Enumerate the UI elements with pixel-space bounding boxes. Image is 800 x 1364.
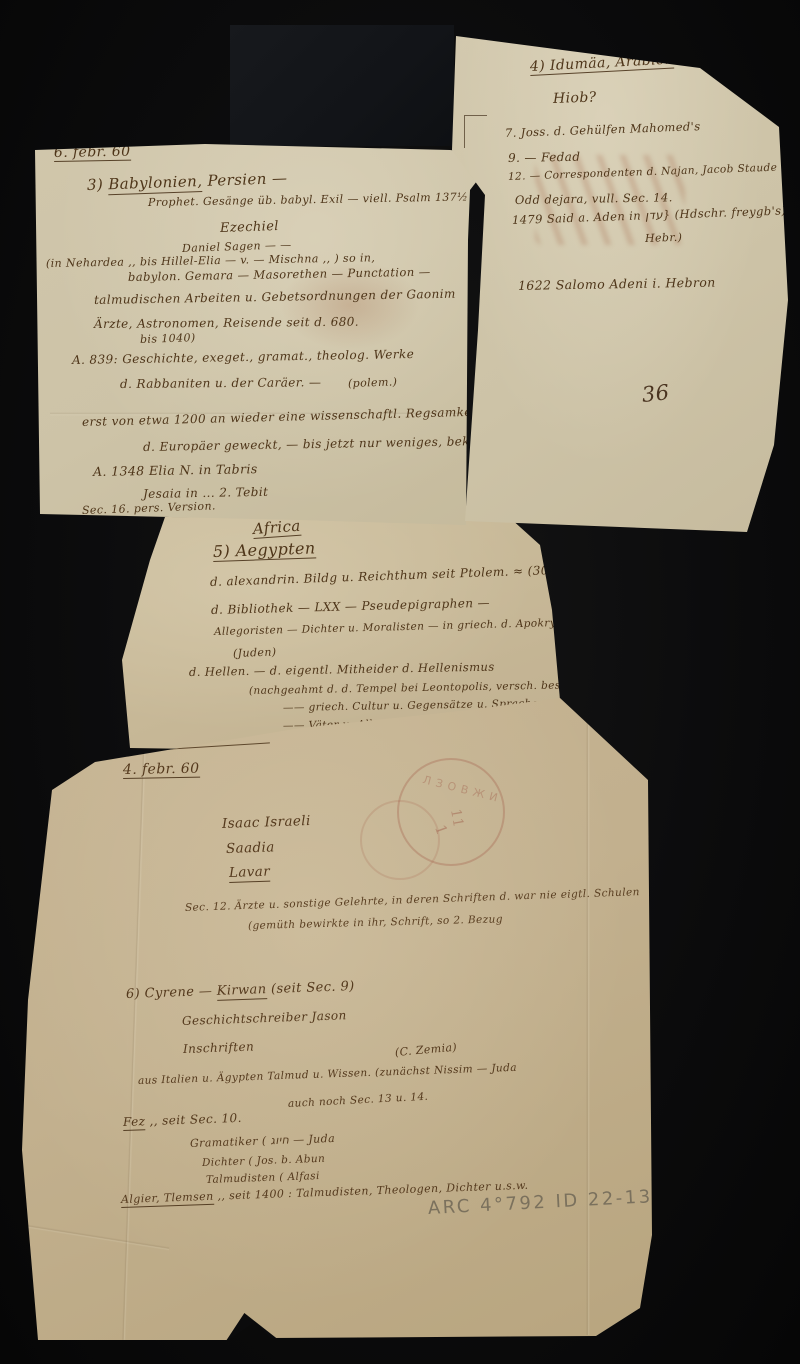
drawn-margin-line [464, 115, 487, 148]
handwritten-line: Hiob? [553, 90, 597, 106]
handwritten-line: Ezechiel [220, 220, 279, 235]
region-label: Africa [252, 519, 301, 539]
handwritten-line: Odd dejara, vull. Sec. 14. [515, 192, 673, 206]
postmark-ring-text: ЛЗОВЖИ [422, 774, 504, 804]
cyrene-prefix: 6) Cyrene — [126, 984, 217, 1002]
postmark-number: 11 [448, 808, 465, 829]
heading-rest: Persien — [202, 169, 288, 190]
scholar-name: Isaac Israeli [222, 815, 311, 832]
heading-underlined: Babylonien, [108, 172, 203, 195]
manuscript-fragment-idumaea: 4) Idumäa, Arabien Hiob? 7. Joss. d. Geh… [450, 25, 795, 535]
section-heading: 5) Aegypten [213, 540, 316, 562]
handwritten-line: Inschriften [183, 1041, 255, 1055]
scholar-name: Saadia [226, 841, 275, 856]
handwritten-line: (polem.) [348, 376, 398, 389]
archival-scan-page: { "archive_label": "ARC 4°792 ID 22-13",… [0, 0, 800, 1364]
date-heading: 6. febr. 60 [54, 145, 131, 162]
cyrene-rest: (seit Sec. 9) [266, 979, 355, 997]
handwritten-line: A. 1348 Elia N. in Tabris [93, 463, 258, 478]
heading-prefix: 3) [87, 175, 109, 194]
handwritten-line: 9. — Fedad [508, 151, 581, 164]
scholar-name: Lavar [229, 866, 271, 883]
manuscript-sheet-babylonien: 6. febr. 60 3) Babylonien, Persien — Pro… [30, 140, 505, 532]
fez-underlined: Fez [123, 1114, 146, 1131]
fold-crease [586, 705, 590, 1335]
handwritten-line: (Juden) [233, 646, 277, 659]
handwritten-line: Ärzte, Astronomen, Reisende seit d. 680. [94, 316, 359, 330]
manuscript-envelope: 4. febr. 60 Isaac Israeli Saadia Lavar S… [20, 695, 660, 1345]
postmark-stamp-partial [360, 800, 440, 880]
page-number: 36 [641, 382, 671, 406]
black-backing-paper [230, 25, 454, 146]
cyrene-underlined: Kirwan [216, 982, 266, 1001]
date-heading: 4. febr. 60 [123, 762, 200, 779]
handwritten-line: d. Rabbaniten u. der Caräer. — [120, 376, 322, 390]
handwritten-line: bis 1040) [140, 332, 196, 345]
algier-underlined: Algier, Tlemsen [121, 1190, 214, 1208]
handwritten-line: Jesaia in ... 2. Tebit [143, 486, 268, 500]
handwritten-line: Hebr.) [645, 232, 683, 244]
